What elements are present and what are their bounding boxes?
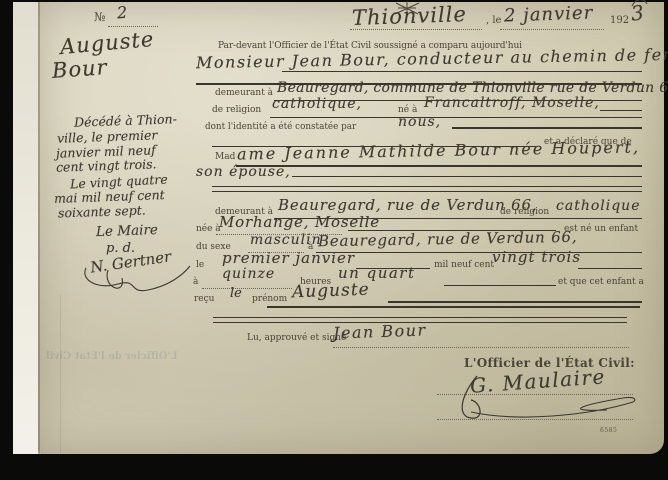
hour-value: quinze bbox=[222, 266, 275, 282]
form-rule bbox=[212, 186, 642, 192]
adjacent-page-edge bbox=[13, 2, 41, 454]
hour-label: à bbox=[193, 277, 198, 287]
margin-note-mayor-label: Le Maire bbox=[96, 222, 158, 240]
form-rule bbox=[270, 117, 642, 118]
officer-signature-flourish-icon bbox=[437, 372, 647, 424]
declarant-signature: Jean Bour bbox=[333, 320, 427, 342]
mayor-signature-flourish-icon bbox=[78, 250, 198, 298]
residence-label: demeurant à bbox=[215, 88, 273, 98]
identity-value: nous, bbox=[398, 114, 441, 130]
paper-fold-line bbox=[60, 295, 61, 453]
dateline-le-label: , le bbox=[486, 15, 501, 26]
mother-religion-label: de religion bbox=[500, 207, 549, 217]
bleedthrough-text: L'Officier de l'État Civil bbox=[46, 351, 178, 362]
day-label: le bbox=[196, 260, 204, 270]
mother-born-label: née à bbox=[196, 224, 221, 234]
form-rule bbox=[452, 127, 642, 129]
margin-note-line: soixante sept. bbox=[58, 202, 146, 220]
residence-value: Beauregard, commune de Thionville rue de… bbox=[277, 80, 668, 96]
year-value: vingt trois bbox=[492, 248, 581, 266]
minutes-value: un quart bbox=[338, 264, 416, 282]
record-number-label: № bbox=[94, 10, 105, 24]
form-rule bbox=[388, 301, 642, 303]
spouse-value: son épouse, bbox=[196, 164, 291, 180]
form-dotted-line bbox=[202, 288, 292, 289]
dateline-city: Thionville bbox=[352, 2, 468, 30]
religion-label: de religion bbox=[212, 105, 261, 115]
mother-religion-value: catholique bbox=[556, 198, 640, 214]
year-digit-flourish-icon bbox=[630, 0, 650, 8]
margin-child-surname: Bour bbox=[51, 55, 108, 83]
form-dotted-line bbox=[437, 419, 633, 420]
record-number-value: 2 bbox=[116, 3, 127, 23]
dateline-day-line bbox=[500, 29, 604, 30]
birthplace-value: Francaltroff, Moselle, bbox=[424, 95, 600, 111]
dateline-day: 2 janvier bbox=[504, 2, 594, 26]
firstname-label: prénom bbox=[252, 294, 287, 304]
form-rule bbox=[292, 176, 642, 177]
dateline-city-line bbox=[350, 29, 482, 30]
form-rule bbox=[578, 268, 642, 269]
form-rule bbox=[267, 306, 640, 308]
form-rule bbox=[316, 252, 642, 253]
mother-birthplace-value: Morhange, Moselle bbox=[219, 213, 380, 231]
plate-number: 6585 bbox=[600, 427, 617, 434]
approval-label: Lu, approuvé et signé bbox=[247, 333, 346, 343]
madame-prefix-label: Mad bbox=[215, 152, 235, 162]
form-rule bbox=[600, 110, 642, 111]
year-label: mil neuf cent bbox=[434, 260, 494, 270]
form-rule bbox=[282, 71, 642, 72]
page-binding-crease bbox=[38, 2, 40, 454]
received-article: le bbox=[230, 286, 242, 301]
form-rule bbox=[236, 165, 642, 167]
day-value: premier janvier bbox=[222, 249, 355, 267]
mother-residence-value: Beauregard, rue de Verdun 66, bbox=[278, 196, 537, 214]
received-label: reçu bbox=[194, 294, 214, 304]
identity-label: dont l'identité a été constatée par bbox=[205, 122, 356, 132]
firstname-value: Auguste bbox=[292, 280, 370, 303]
dateline-year-printed: 192 bbox=[610, 15, 629, 26]
form-dotted-line bbox=[333, 347, 629, 348]
child-received-label: et que cet enfant a bbox=[558, 277, 644, 287]
scanned-document-page: № 2 Auguste Bour Décédé à Thion- ville, … bbox=[0, 0, 668, 480]
religion-value: catholique, bbox=[272, 96, 362, 112]
form-rule bbox=[444, 285, 556, 286]
